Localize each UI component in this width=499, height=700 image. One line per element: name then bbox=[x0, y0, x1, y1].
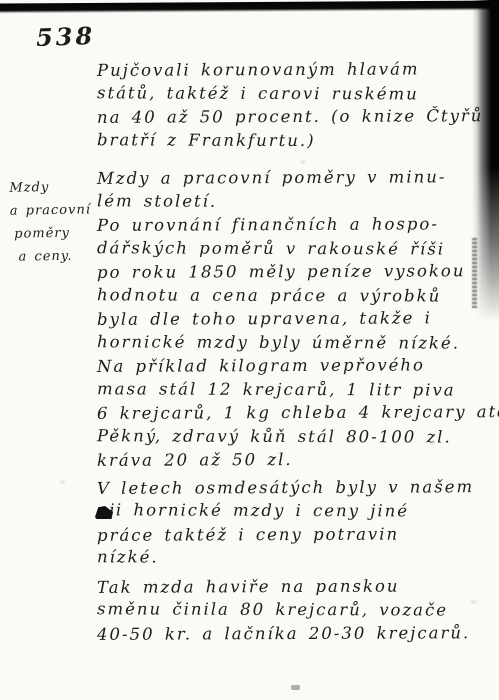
text-line: práce taktéž i ceny potravin bbox=[97, 522, 493, 547]
paper-speck bbox=[470, 600, 477, 604]
text-line: 40-50 kr. a lačníka 20-30 krejcarů. bbox=[97, 621, 493, 646]
page-number: 538 bbox=[36, 21, 96, 52]
text-line: dářských poměrů v rakouské říši bbox=[97, 236, 493, 261]
text-line: na 40 až 50 procent. (o knize Čtyřů bbox=[97, 104, 493, 129]
text-line: Mzdy a pracovní poměry v minu- bbox=[97, 165, 493, 190]
paper-speck bbox=[60, 480, 65, 484]
text-line: Tak mzda haviře na panskou bbox=[97, 574, 493, 599]
text-line: bratří z Frankfurtu.) bbox=[97, 128, 493, 153]
paper-speck bbox=[300, 160, 306, 164]
margin-note-line: poměry bbox=[10, 221, 98, 246]
paragraph-eighties: V letech osmdesátých byly v našem aji ho… bbox=[97, 476, 493, 570]
text-line: států, taktéž i carovi ruskému bbox=[97, 81, 493, 106]
margin-note: Mzdy a pracovní poměry a ceny. bbox=[9, 175, 99, 269]
margin-note-line: Mzdy bbox=[9, 175, 97, 200]
text-line: nízké. bbox=[97, 545, 493, 570]
text-line: hornické mzdy byly úměrně nízké. bbox=[97, 330, 493, 355]
paragraph-heading-wages: Mzdy a pracovní poměry v minu- lém stole… bbox=[97, 166, 493, 213]
text-line: lém století. bbox=[97, 189, 493, 214]
text-line: byla dle toho upravena, takže i bbox=[97, 306, 493, 331]
text-line: V letech osmdesátých byly v našem bbox=[97, 475, 493, 500]
text-line: směnu činila 80 krejcarů, vozače bbox=[97, 597, 493, 622]
text-line: Pěkný, zdravý kůň stál 80-100 zl. bbox=[97, 424, 493, 449]
text-line: hodnotu a cena práce a výrobků bbox=[97, 283, 493, 308]
margin-note-line: a ceny. bbox=[10, 244, 98, 269]
margin-note-line: a pracovní bbox=[10, 198, 98, 223]
paper-speck bbox=[430, 440, 435, 445]
scan-top-edge-band bbox=[0, 0, 499, 13]
text-line: masa stál 12 krejcarů, 1 litr piva bbox=[97, 377, 493, 402]
text-line: Na příklad kilogram vepřového bbox=[97, 353, 493, 378]
scanned-manuscript-page: 538 Mzdy a pracovní poměry a ceny. Pujčo… bbox=[0, 0, 499, 700]
manuscript-body: Pujčovali korunovaným hlavám států, takt… bbox=[97, 58, 493, 645]
paragraph-prices-1850: Po urovnání finančních a hospo- dářských… bbox=[97, 213, 493, 472]
text-line: Po urovnání finančních a hospo- bbox=[97, 212, 493, 237]
paragraph-loans: Pujčovali korunovaným hlavám států, takt… bbox=[97, 58, 493, 152]
text-line: Pujčovali korunovaným hlavám bbox=[97, 57, 493, 82]
bottom-speck-artifact bbox=[291, 685, 300, 690]
text-line: 6 krejcarů, 1 kg chleba 4 krejcary atd. bbox=[97, 400, 493, 425]
text-line: kráva 20 až 50 zl. bbox=[97, 447, 493, 472]
paragraph-miner-wages: Tak mzda haviře na panskou směnu činila … bbox=[97, 575, 493, 646]
text-line: po roku 1850 měly peníze vysokou bbox=[97, 259, 493, 284]
text-line-with-blot: aji hornické mzdy i ceny jiné bbox=[97, 498, 493, 523]
